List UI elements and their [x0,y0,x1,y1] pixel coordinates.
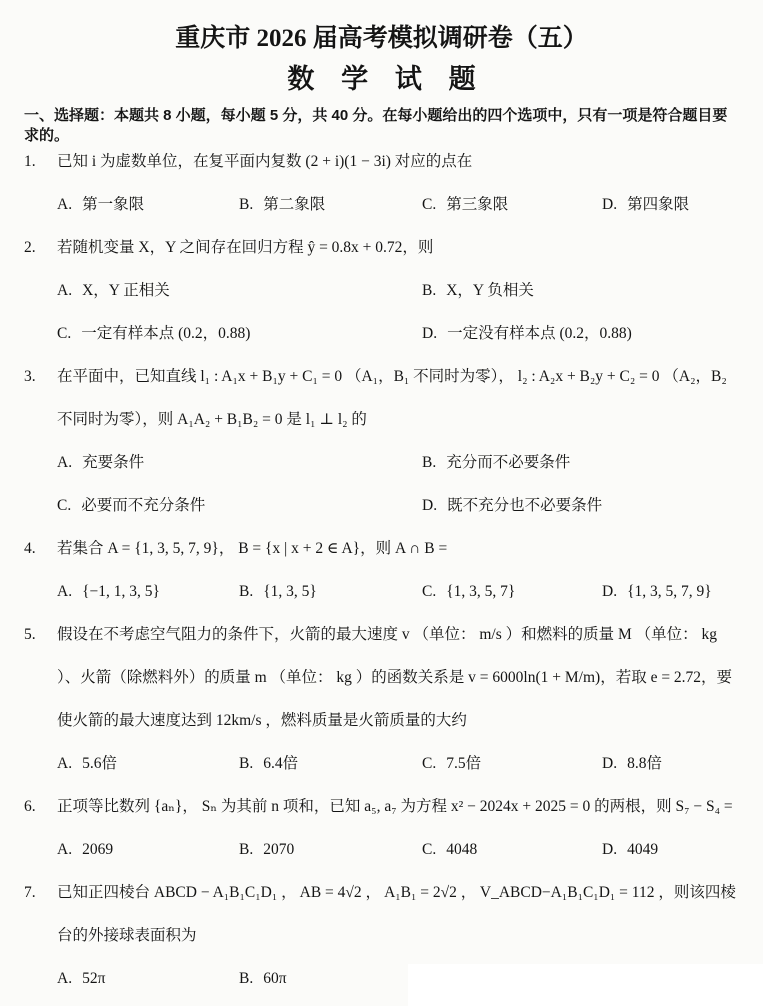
option-text: 第一象限 [82,196,144,213]
options-row: A.第一象限 B.第二象限 C.第三象限 D.第四象限 [57,183,739,226]
question-number: 4. [24,527,36,570]
option-2b: B.X，Y 负相关 [422,269,739,312]
option-label: B. [239,970,253,987]
option-text: {1, 3, 5} [263,583,317,600]
option-label: D. [602,841,617,858]
question-4: 4. 若集合 A = {1, 3, 5, 7, 9}， B = {x | x +… [24,527,739,613]
option-5a: A.5.6倍 [57,742,239,785]
option-label: B. [239,841,253,858]
option-6a: A.2069 [57,828,239,871]
option-text: 5.6倍 [82,755,117,772]
option-1c: C.第三象限 [422,183,602,226]
paper-header: 重庆市 2026 届高考模拟调研卷（五） 数 学 试 题 一、选择题：本题共 8… [24,0,739,140]
option-label: C. [422,583,436,600]
question-number: 3. [24,355,36,398]
option-2d: D.一定没有样本点 (0.2，0.88) [422,312,739,355]
exam-subtitle: 数 学 试 题 [24,63,739,95]
option-5d: D.8.8倍 [602,742,739,785]
option-3a: A.充要条件 [57,441,422,484]
option-text: 8.8倍 [627,755,662,772]
option-4c: C.{1, 3, 5, 7} [422,570,602,613]
question-1: 1. 已知 i 为虚数单位，在复平面内复数 (2 + i)(1 − 3i) 对应… [24,140,739,226]
question-2: 2. 若随机变量 X，Y 之间存在回归方程 ŷ = 0.8x + 0.72，则 … [24,226,739,355]
exam-paper-page: 重庆市 2026 届高考模拟调研卷（五） 数 学 试 题 一、选择题：本题共 8… [0,0,763,1006]
option-4d: D.{1, 3, 5, 7, 9} [602,570,739,613]
question-6: 6. 正项等比数列 {aₙ}， Sₙ 为其前 n 项和，已知 a₅, a₇ 为方… [24,785,739,871]
question-number: 2. [24,226,36,269]
option-text: {−1, 1, 3, 5} [82,583,160,600]
option-text: 7.5倍 [446,755,481,772]
option-3c: C.必要而不充分条件 [57,484,422,527]
question-stem: 已知 i 为虚数单位，在复平面内复数 (2 + i)(1 − 3i) 对应的点在 [57,140,739,183]
option-4a: A.{−1, 1, 3, 5} [57,570,239,613]
question-number: 1. [24,140,36,183]
option-text: 充要条件 [82,454,144,471]
question-number: 6. [24,785,36,828]
option-label: B. [239,755,253,772]
option-label: B. [422,282,436,299]
option-label: C. [422,755,436,772]
option-text: 4049 [627,841,658,858]
option-1d: D.第四象限 [602,183,739,226]
option-label: B. [239,583,253,600]
option-label: C. [57,325,71,342]
option-7a: A.52π [57,957,239,1000]
option-label: C. [422,196,436,213]
option-text: 第四象限 [627,196,689,213]
question-7: 7. 已知正四棱台 ABCD − A₁B₁C₁D₁ ， AB = 4√2 ， A… [24,871,739,1000]
option-6c: C.4048 [422,828,602,871]
option-text: 4048 [446,841,477,858]
option-label: D. [602,583,617,600]
question-stem: 已知正四棱台 ABCD − A₁B₁C₁D₁ ， AB = 4√2 ， A₁B₁… [57,871,739,957]
exam-title: 重庆市 2026 届高考模拟调研卷（五） [24,0,739,54]
option-text: 6.4倍 [263,755,298,772]
option-text: 一定有样本点 (0.2，0.88) [81,325,250,342]
option-text: X，Y 正相关 [82,282,170,299]
options-row: C.一定有样本点 (0.2，0.88) D.一定没有样本点 (0.2，0.88) [57,312,739,355]
option-label: A. [57,755,72,772]
option-text: {1, 3, 5, 7} [446,583,515,600]
option-label: A. [57,970,72,987]
question-stem: 若集合 A = {1, 3, 5, 7, 9}， B = {x | x + 2 … [57,527,739,570]
option-label: A. [57,583,72,600]
options-row: A.2069 B.2070 C.4048 D.4049 [57,828,739,871]
option-3d: D.既不充分也不必要条件 [422,484,739,527]
question-stem: 假设在不考虑空气阻力的条件下，火箭的最大速度 v （单位： m/s ）和燃料的质… [57,613,739,742]
option-label: A. [57,454,72,471]
question-5: 5. 假设在不考虑空气阻力的条件下，火箭的最大速度 v （单位： m/s ）和燃… [24,613,739,785]
option-label: D. [422,497,437,514]
question-number: 7. [24,871,36,914]
option-text: 52π [82,970,105,987]
option-text: {1, 3, 5, 7, 9} [627,583,712,600]
option-label: C. [57,497,71,514]
question-3: 3. 在平面中，已知直线 l₁ : A₁x + B₁y + C₁ = 0 （A₁… [24,355,739,527]
option-text: X，Y 负相关 [446,282,534,299]
option-label: D. [602,196,617,213]
option-label: B. [422,454,436,471]
options-row: A.充要条件 B.充分而不必要条件 [57,441,739,484]
option-6d: D.4049 [602,828,739,871]
options-row: C.必要而不充分条件 D.既不充分也不必要条件 [57,484,739,527]
option-text: 第二象限 [263,196,325,213]
option-text: 60π [263,970,286,987]
question-stem: 在平面中，已知直线 l₁ : A₁x + B₁y + C₁ = 0 （A₁，B₁… [57,355,739,441]
option-text: 第三象限 [446,196,508,213]
option-text: 2070 [263,841,294,858]
options-row: A.X，Y 正相关 B.X，Y 负相关 [57,269,739,312]
option-label: C. [422,841,436,858]
option-7b: B.60π [239,957,422,1000]
option-1b: B.第二象限 [239,183,422,226]
option-text: 一定没有样本点 (0.2，0.88) [447,325,632,342]
question-number: 5. [24,613,36,656]
option-1a: A.第一象限 [57,183,239,226]
option-6b: B.2070 [239,828,422,871]
option-2a: A.X，Y 正相关 [57,269,422,312]
option-label: D. [422,325,437,342]
option-text: 必要而不充分条件 [81,497,205,514]
question-stem: 若随机变量 X，Y 之间存在回归方程 ŷ = 0.8x + 0.72，则 [57,226,739,269]
question-stem: 正项等比数列 {aₙ}， Sₙ 为其前 n 项和，已知 a₅, a₇ 为方程 x… [57,785,739,828]
option-5b: B.6.4倍 [239,742,422,785]
option-text: 2069 [82,841,113,858]
option-label: B. [239,196,253,213]
option-label: D. [602,755,617,772]
option-3b: B.充分而不必要条件 [422,441,739,484]
option-text: 既不充分也不必要条件 [447,497,602,514]
option-text: 充分而不必要条件 [446,454,570,471]
option-label: A. [57,841,72,858]
option-label: A. [57,282,72,299]
options-row: A.5.6倍 B.6.4倍 C.7.5倍 D.8.8倍 [57,742,739,785]
option-label: A. [57,196,72,213]
option-5c: C.7.5倍 [422,742,602,785]
option-2c: C.一定有样本点 (0.2，0.88) [57,312,422,355]
options-row: A.{−1, 1, 3, 5} B.{1, 3, 5} C.{1, 3, 5, … [57,570,739,613]
option-4b: B.{1, 3, 5} [239,570,422,613]
options-row: A.52π B.60π [57,957,739,1000]
